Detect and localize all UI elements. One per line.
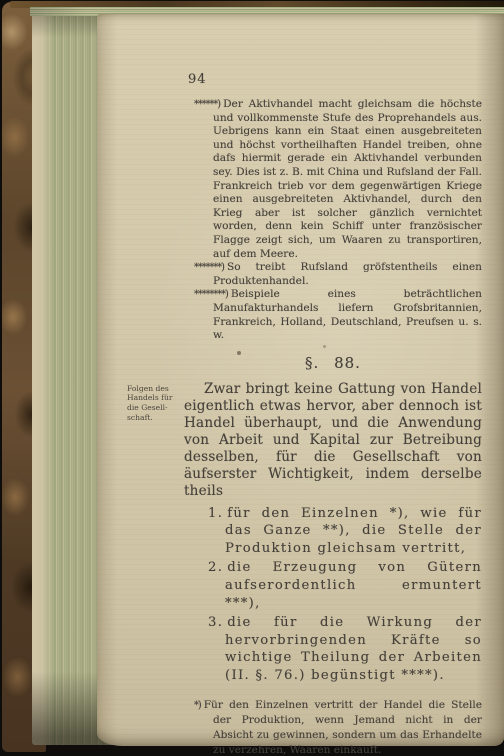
footnote-bottom: *)Für den Einzelnen vertritt der Handel … bbox=[194, 698, 482, 756]
list-item-text: für den Einzelnen *), wie für das Ganze … bbox=[225, 506, 482, 556]
book-page: 94 ******)Der Aktivhandel macht gleichsa… bbox=[97, 14, 504, 746]
footnote-text: Für den Einzelnen vertritt der Handel di… bbox=[204, 699, 482, 756]
list-item-number: 1. bbox=[208, 506, 223, 521]
list-item-number: 2. bbox=[208, 560, 223, 575]
list-item-number: 3. bbox=[208, 615, 223, 630]
section-body: Folgen des Handels für die Gesell- schaf… bbox=[184, 381, 482, 756]
footnote-text: Der Aktivhandel macht gleichsam die höch… bbox=[213, 98, 482, 260]
footnote-continuation-3: ********)Beispiele eines beträchtlichen … bbox=[194, 288, 482, 342]
footnote-marker: ******) bbox=[194, 99, 220, 110]
footnote-continuation-1: ******)Der Aktivhandel macht gleichsam d… bbox=[194, 98, 482, 261]
footnote-marker: *******) bbox=[194, 262, 224, 273]
list-item-text: die Erzeugung von Gütern aufserordentlic… bbox=[225, 560, 482, 610]
margin-note-line: Folgen des bbox=[127, 384, 181, 394]
footnotes-continued: ******)Der Aktivhandel macht gleichsam d… bbox=[184, 98, 482, 343]
numbered-list: 1.für den Einzelnen *), wie für das Ganz… bbox=[208, 505, 482, 685]
text-block: 94 ******)Der Aktivhandel macht gleichsa… bbox=[184, 72, 482, 756]
list-item-3: 3.die für die Wirkung der hervorbringend… bbox=[208, 614, 482, 684]
margin-note-line: Handels für bbox=[127, 393, 181, 403]
margin-note: Folgen des Handels für die Gesell- schaf… bbox=[127, 384, 181, 423]
book-photo: 94 ******)Der Aktivhandel macht gleichsa… bbox=[0, 0, 504, 756]
footnote-continuation-2: *******)So treibt Rufsland gröfstentheil… bbox=[194, 261, 482, 288]
body-paragraph: Zwar bringt keine Gattung von Handel eig… bbox=[184, 381, 482, 500]
section-heading: §. 88. bbox=[184, 354, 482, 372]
footnote-text: Beispiele eines beträchtlichen Manufaktu… bbox=[213, 288, 482, 341]
list-item-2: 2.die Erzeugung von Gütern aufserordentl… bbox=[208, 559, 482, 612]
margin-note-line: schaft. bbox=[127, 413, 181, 423]
margin-note-line: die Gesell- bbox=[127, 403, 181, 413]
footnote-marker: ********) bbox=[194, 289, 228, 300]
footnote-marker: *) bbox=[194, 700, 201, 711]
footnote-text: So treibt Rufsland gröfstentheils einen … bbox=[213, 261, 482, 287]
page-number: 94 bbox=[188, 72, 482, 87]
list-item-1: 1.für den Einzelnen *), wie für das Ganz… bbox=[208, 505, 482, 558]
list-item-text: die für die Wirkung der hervorbringenden… bbox=[225, 615, 482, 683]
